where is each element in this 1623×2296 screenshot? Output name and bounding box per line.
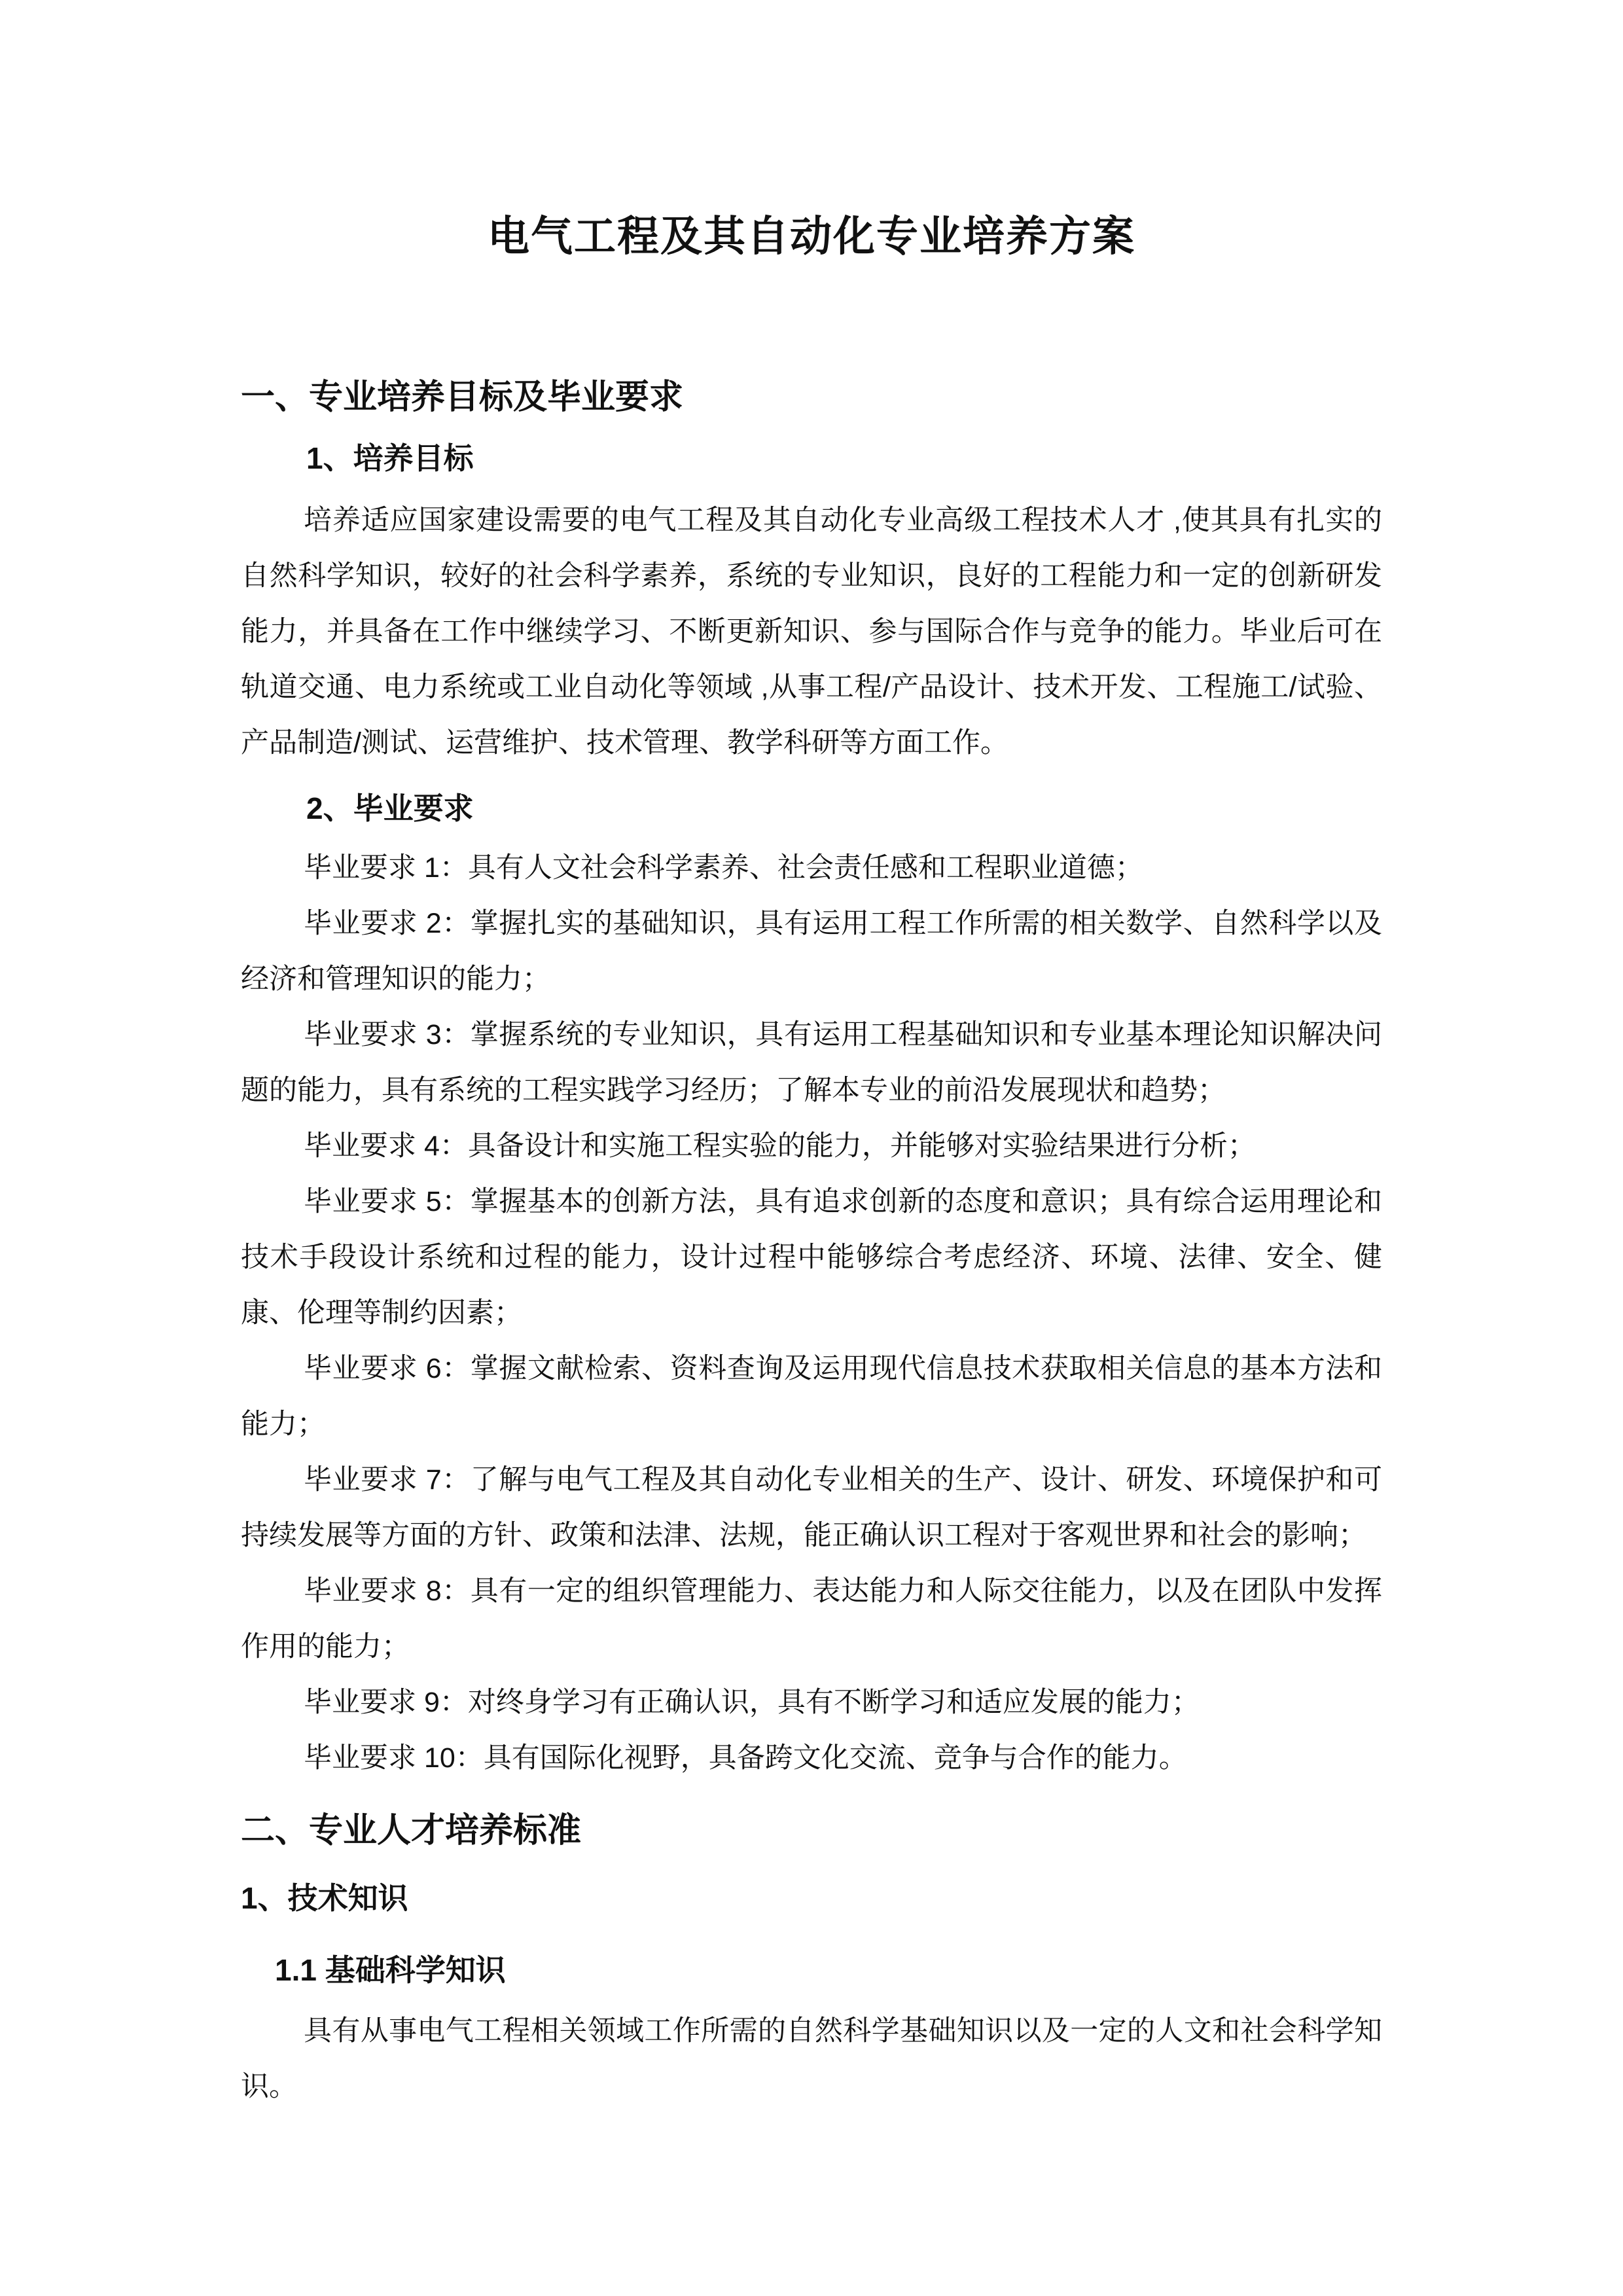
section-1-heading: 一、专业培养目标及毕业要求 bbox=[241, 378, 1382, 417]
graduation-requirement-item: 毕业要求 7：了解与电气工程及其自动化专业相关的生产、设计、研发、环境保护和可持… bbox=[241, 1452, 1382, 1564]
graduation-requirement-item: 毕业要求 4：具备设计和实施工程实验的能力，并能够对实验结果进行分析； bbox=[241, 1119, 1382, 1174]
document-title: 电气工程及其自动化专业培养方案 bbox=[241, 213, 1382, 260]
training-goal-paragraph: 培养适应国家建设需要的电气工程及其自动化专业高级工程技术人才 ,使其具有扎实的自… bbox=[241, 493, 1382, 771]
graduation-requirement-item: 毕业要求 9：对终身学习有正确认识，具有不断学习和适应发展的能力； bbox=[241, 1675, 1382, 1731]
graduation-requirement-item: 毕业要求 8：具有一定的组织管理能力、表达能力和人际交往能力，以及在团队中发挥作… bbox=[241, 1564, 1382, 1675]
graduation-requirement-item: 毕业要求 2：掌握扎实的基础知识，具有运用工程工作所需的相关数学、自然科学以及经… bbox=[241, 896, 1382, 1007]
graduation-requirement-item: 毕业要求 1：具有人文社会科学素养、社会责任感和工程职业道德； bbox=[241, 840, 1382, 896]
basic-science-paragraph: 具有从事电气工程相关领域工作所需的自然科学基础知识以及一定的人文和社会科学知识。 bbox=[241, 2003, 1382, 2115]
technical-knowledge-heading: 1、技术知识 bbox=[241, 1880, 1382, 1916]
training-goal-heading: 1、培养目标 bbox=[241, 440, 1382, 476]
graduation-requirement-item: 毕业要求 6：掌握文献检索、资料查询及运用现代信息技术获取相关信息的基本方法和能… bbox=[241, 1341, 1382, 1452]
document-page: 电气工程及其自动化专业培养方案 一、专业培养目标及毕业要求 1、培养目标 培养适… bbox=[0, 0, 1623, 2296]
graduation-requirement-item: 毕业要求 3：掌握系统的专业知识，具有运用工程基础知识和专业基本理论知识解决问题… bbox=[241, 1007, 1382, 1119]
graduation-requirement-item: 毕业要求 10：具有国际化视野，具备跨文化交流、竞争与合作的能力。 bbox=[241, 1731, 1382, 1786]
graduation-requirements-heading: 2、毕业要求 bbox=[241, 791, 1382, 826]
basic-science-heading: 1.1 基础科学知识 bbox=[241, 1952, 1382, 1988]
graduation-requirement-item: 毕业要求 5：掌握基本的创新方法，具有追求创新的态度和意识；具有综合运用理论和技… bbox=[241, 1174, 1382, 1341]
section-2-heading: 二、专业人才培养标准 bbox=[241, 1811, 1382, 1850]
